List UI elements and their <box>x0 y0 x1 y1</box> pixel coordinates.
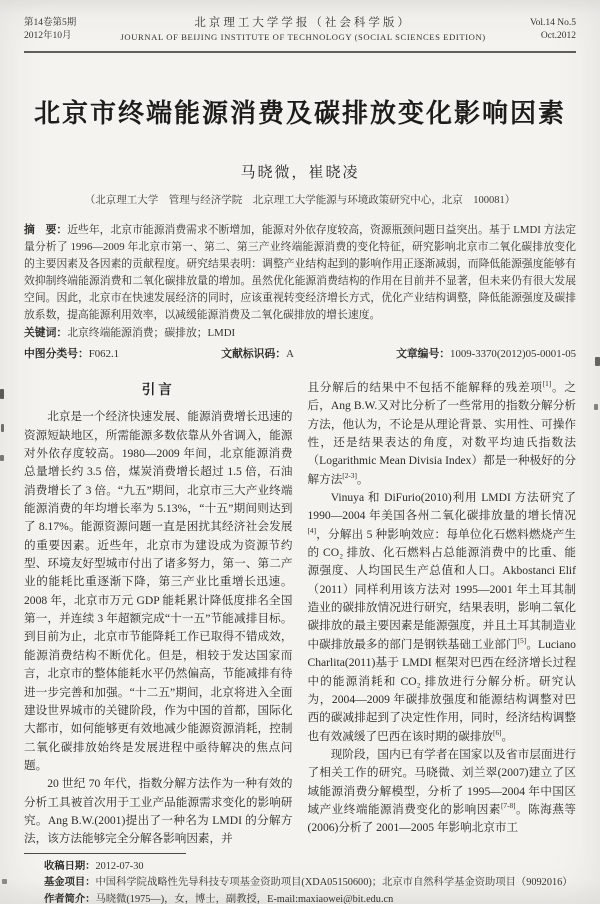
paragraph-text: Vinuya 和 DiFurio(2010)利用 LMDI 方法研究了 1990… <box>308 491 577 522</box>
scan-speck <box>0 455 4 461</box>
left-column-paragraphs: 北京是一个经济快速发展、能源消费增长迅速的资源短缺地区，所需能源多数依靠从外省调… <box>24 408 293 848</box>
issue-date-cn: 2012年10月 <box>24 30 76 43</box>
issue-date-en: Oct.2012 <box>530 30 576 43</box>
paragraph-text: ，分解出 5 种影响效应：每单位化石燃料燃烧产生的 CO₂ 排放、化石燃料占总能… <box>308 528 577 651</box>
authors: 马晓微，崔晓凌 <box>24 161 576 182</box>
citation-ref: [4] <box>308 526 317 535</box>
affiliation: （北京理工大学 管理与经济学院 北京理工大学能源与环境政策研究中心，北京 100… <box>24 192 576 207</box>
received-label: 收稿日期： <box>44 861 95 872</box>
clc-value: F062.1 <box>89 348 119 360</box>
abstract-text: 近些年，北京市能源消费需求不断增加，能源对外依存度较高，资源瓶颈问题日益突出。基… <box>24 224 576 321</box>
doc-code-value: A <box>286 348 294 360</box>
vol-no-en: Vol.14 No.5 <box>530 17 576 30</box>
article-id-item: 文章编号：1009-3370(2012)05-0001-05 <box>396 346 576 363</box>
fund-label: 基金项目： <box>44 877 95 888</box>
bio-row: 作者简介：马晓微(1975—)，女，博士，副教授，E-mail:maxiaowe… <box>24 892 576 904</box>
paragraph-text: 。Luciano Charlita(2011)基于 LMDI 框架对巴西在经济增… <box>308 638 577 743</box>
body-paragraph: 且分解后的结果中不包括不能解释的残差项[1]。之后，Ang B.W.又对比分析了… <box>308 379 577 489</box>
journal-name-en: JOURNAL OF BEIJING INSTITUTE OF TECHNOLO… <box>82 30 524 44</box>
citation-ref: [2-3] <box>342 471 357 480</box>
body-paragraph: 北京是一个经济快速发展、能源消费增长迅速的资源短缺地区，所需能源多数依靠从外省调… <box>24 408 293 775</box>
doc-code-label: 文献标识码： <box>221 348 286 360</box>
header-divider <box>24 51 576 53</box>
left-column: 引言 北京是一个经济快速发展、能源消费增长迅速的资源短缺地区，所需能源多数依靠从… <box>24 379 293 849</box>
footnote-block: 收稿日期：2012-07-30 基金项目：中国科学院战略性先导科技专项基金资助项… <box>24 853 576 904</box>
body-paragraph: 现阶段，国内已有学者在国家以及省市层面进行了相关工作的研究。马晓微、刘兰翠(20… <box>308 746 577 838</box>
body-columns: 引言 北京是一个经济快速发展、能源消费增长迅速的资源短缺地区，所需能源多数依靠从… <box>24 379 576 849</box>
paragraph-text: 。 <box>357 473 369 486</box>
keywords-label: 关键词： <box>24 327 67 339</box>
journal-name-cn: 北京理工大学学报（社会科学版） <box>82 17 524 30</box>
bio-text: 马晓微(1975—)，女，博士，副教授，E-mail:maxiaowei@bit… <box>95 894 393 904</box>
citation-ref: [6] <box>493 728 502 737</box>
citation-ref: [7-8] <box>501 801 516 810</box>
received-date: 2012-07-30 <box>95 861 143 872</box>
abstract-label: 摘 要： <box>24 224 67 236</box>
clc-item: 中图分类号：F062.1 <box>24 346 119 363</box>
scan-speck <box>595 357 600 366</box>
fund-text: 中国科学院战略性先导科技专项基金资助项目(XDA05150600)；北京市自然科… <box>95 877 572 888</box>
body-paragraph: 20 世纪 70 年代，指数分解方法作为一种有效的分析工具被首次用于工业产品能源… <box>24 775 293 848</box>
page-title: 北京市终端能源消费及碳排放变化影响因素 <box>24 93 576 130</box>
paragraph-text: 20 世纪 70 年代，指数分解方法作为一种有效的分析工具被首次用于工业产品能源… <box>24 777 293 845</box>
body-paragraph: Vinuya 和 DiFurio(2010)利用 LMDI 方法研究了 1990… <box>308 489 577 746</box>
doc-code-item: 文献标识码：A <box>221 346 294 363</box>
scan-speck <box>2 879 7 884</box>
journal-name-block: 北京理工大学学报（社会科学版） JOURNAL OF BEIJING INSTI… <box>76 17 530 44</box>
received-row: 收稿日期：2012-07-30 <box>24 859 576 876</box>
keywords-text: 北京终端能源消费；碳排放；LMDI <box>67 327 235 339</box>
article-id-value: 1009-3370(2012)05-0001-05 <box>450 348 576 360</box>
journal-page: 第14卷第5期 2012年10月 北京理工大学学报（社会科学版） JOURNAL… <box>0 0 600 904</box>
volume-issue: 第14卷第5期 <box>24 17 76 30</box>
footnote-divider <box>24 853 186 854</box>
right-column: 且分解后的结果中不包括不能解释的残差项[1]。之后，Ang B.W.又对比分析了… <box>308 379 577 849</box>
section-heading-intro: 引言 <box>24 381 293 399</box>
scan-speck <box>1 424 4 432</box>
classification-line: 中图分类号：F062.1 文献标识码：A 文章编号：1009-3370(2012… <box>24 346 576 363</box>
keywords-line: 关键词：北京终端能源消费；碳排放；LMDI <box>24 325 576 342</box>
header-vol-info: Vol.14 No.5 Oct.2012 <box>530 17 576 43</box>
paragraph-text: 且分解后的结果中不包括不能解释的残差项 <box>308 381 543 394</box>
journal-header: 第14卷第5期 2012年10月 北京理工大学学报（社会科学版） JOURNAL… <box>24 17 576 44</box>
article-id-label: 文章编号： <box>396 348 450 360</box>
scan-speck <box>0 389 4 399</box>
bio-label: 作者简介： <box>44 894 95 904</box>
scan-speck <box>594 404 598 410</box>
paragraph-text: 。 <box>502 730 514 743</box>
fund-row: 基金项目：中国科学院战略性先导科技专项基金资助项目(XDA05150600)；北… <box>24 875 576 892</box>
citation-ref: [1] <box>543 379 552 388</box>
citation-ref: [5] <box>518 636 527 645</box>
abstract: 摘 要：近些年，北京市能源消费需求不断增加，能源对外依存度较高，资源瓶颈问题日益… <box>24 222 576 324</box>
right-column-paragraphs: 且分解后的结果中不包括不能解释的残差项[1]。之后，Ang B.W.又对比分析了… <box>308 379 577 838</box>
clc-label: 中图分类号： <box>24 348 89 360</box>
header-issue-info: 第14卷第5期 2012年10月 <box>24 17 76 43</box>
paragraph-text: 北京是一个经济快速发展、能源消费增长迅速的资源短缺地区，所需能源多数依靠从外省调… <box>24 410 293 772</box>
